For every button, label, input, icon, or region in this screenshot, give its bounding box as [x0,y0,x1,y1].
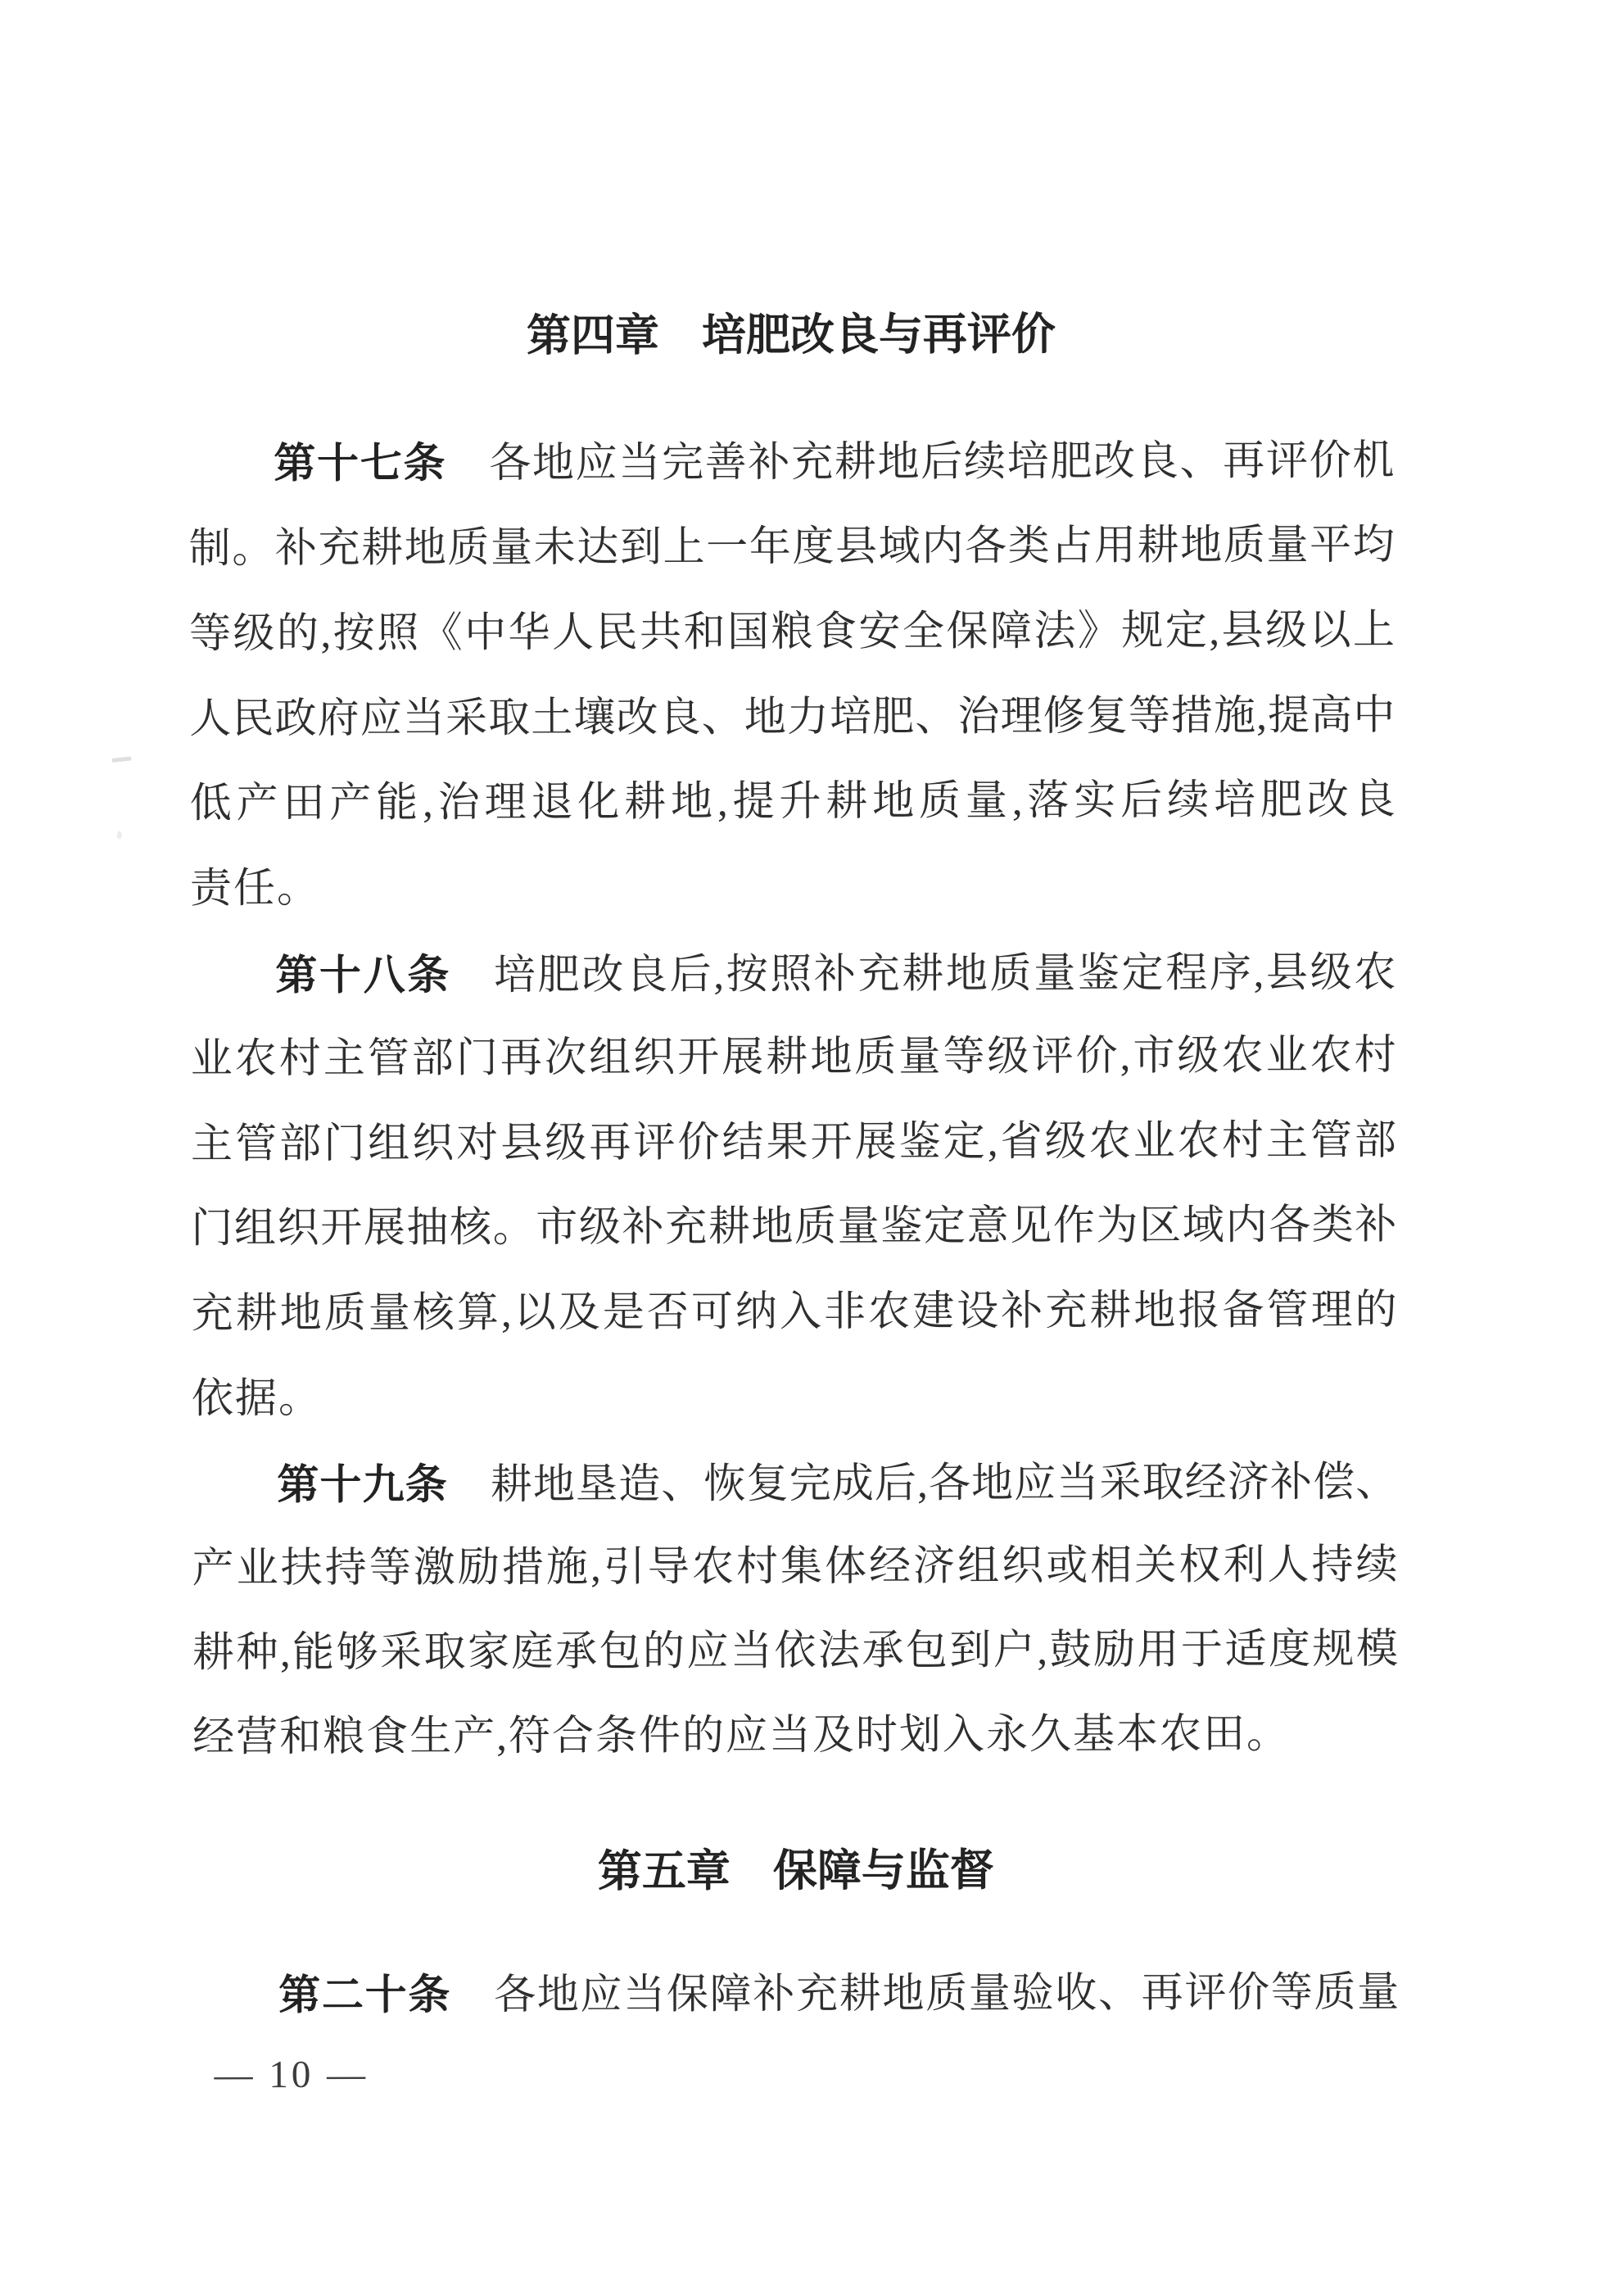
article-19-line-3: 耕种,能够采取家庭承包的应当依法承包到户,鼓励用于适度规模 [192,1607,1398,1697]
article-19-line-2: 产业扶持等激励措施,引导农村集体经济组织或相关权利人持续 [192,1523,1397,1613]
scan-speck [117,831,122,840]
article-19-line-1: 第十九条耕地垦造、恢复完成后,各地应当采取经济补偿、 [192,1438,1397,1528]
article-18-line-2: 业农村主管部门再次组织开展耕地质量等级评价,市级农业农村 [190,1013,1396,1103]
article-17-line-5: 低产田产能,治理退化耕地,提升耕地质量,落实后续培肥改良 [190,758,1396,848]
article-20-first-text: 各地应当保障补充耕地质量验收、再评价等质量 [494,1970,1399,2018]
chapter-5-title: 保障与监督 [773,1845,994,1895]
chapter-4-number: 第四章 [527,311,659,361]
article-18-number: 第十八条 [275,951,451,999]
article-18-line-5: 充耕地质量核算,以及是否可纳入非农建设补充耕地报备管理的 [191,1268,1396,1358]
article-20-line-1: 第二十条各地应当保障补充耕地质量验收、再评价等质量 [193,1949,1399,2039]
scan-smudge [111,756,131,763]
article-17-line-1: 第十七条各地应当完善补充耕地后续培肥改良、再评价机 [188,417,1394,507]
page-number: — 10 — [214,2046,369,2104]
article-17-number: 第十七条 [274,439,446,487]
document-page: 第四章培肥改良与再评价 第十七条各地应当完善补充耕地后续培肥改良、再评价机 制。… [0,0,1624,2296]
article-20-number: 第二十条 [278,1971,451,2018]
article-17-line-3: 等级的,按照《中华人民共和国粮食安全保障法》规定,县级以上 [189,588,1395,678]
page-content: 第四章培肥改良与再评价 第十七条各地应当完善补充耕地后续培肥改良、再评价机 制。… [0,0,1624,2296]
chapter-5-heading: 第五章保障与监督 [193,1827,1399,1917]
article-19-line-4: 经营和粮食生产,符合条件的应当及时划入永久基本农田。 [192,1691,1398,1782]
article-18-line-3: 主管部门组织对县级再评价结果开展鉴定,省级农业农村主管部 [191,1098,1396,1189]
chapter-4-heading: 第四章培肥改良与再评价 [188,291,1394,381]
article-17-line-6: 责任。 [190,843,1396,933]
chapter-4-title: 培肥改良与再评价 [702,310,1056,360]
article-17-line-4: 人民政府应当采取土壤改良、地力培肥、治理修复等措施,提高中 [189,673,1395,763]
article-18-line-6: 依据。 [192,1353,1397,1443]
article-19-number: 第十九条 [277,1460,448,1508]
article-17-first-text: 各地应当完善补充耕地后续培肥改良、再评价机 [489,438,1394,487]
article-18-line-4: 门组织开展抽核。市级补充耕地质量鉴定意见作为区域内各类补 [191,1183,1396,1273]
article-18-line-1: 第十八条培肥改良后,按照补充耕地质量鉴定程序,县级农 [190,929,1396,1019]
article-19-first-text: 耕地垦造、恢复完成后,各地应当采取经济补偿、 [491,1460,1398,1508]
chapter-5-number: 第五章 [598,1846,731,1896]
article-18-first-text: 培肥改良后,按照补充耕地质量鉴定程序,县级农 [494,950,1396,999]
article-17-line-2: 制。补充耕地质量未达到上一年度县域内各类占用耕地质量平均 [189,503,1395,593]
